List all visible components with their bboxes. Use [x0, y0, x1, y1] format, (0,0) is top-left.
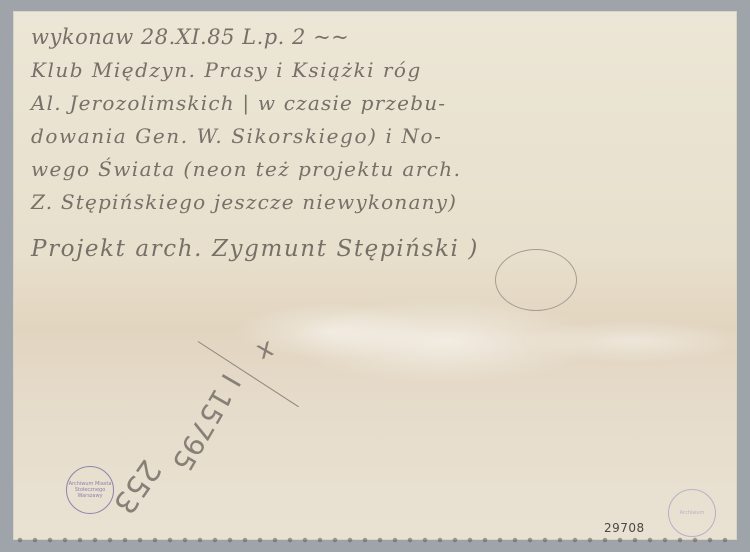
- rotated-number-mark: 253: [106, 453, 168, 520]
- rotated-inventory-number: I 15795: [165, 368, 247, 477]
- pencil-circle-mark: [495, 249, 577, 311]
- archive-stamp-left: Archiwum Miasta Stołecznego Warszawy: [66, 466, 114, 514]
- handwritten-line-6: Z. Stępińskiego jeszcze niewykonany): [31, 190, 457, 214]
- handwritten-line-2: Klub Międzyn. Prasy i Książki róg: [31, 58, 422, 82]
- handwritten-line-7: Projekt arch. Zygmunt Stępiński ): [31, 236, 479, 262]
- photo-verso-paper: wykonaw 28.XI.85 L.p. 2 ~~ Klub Międzyn.…: [13, 11, 737, 540]
- archive-stamp-right: Archiwum: [668, 489, 716, 537]
- handwritten-line-5: wego Świata (neon też projektu arch.: [31, 157, 461, 181]
- archive-stamp-left-text: Archiwum Miasta Stołecznego Warszawy: [67, 481, 113, 499]
- rotated-x-mark: x: [253, 334, 279, 368]
- catalog-number: 29708: [604, 521, 645, 535]
- archive-stamp-right-text: Archiwum: [680, 510, 705, 516]
- handwritten-line-1: wykonaw 28.XI.85 L.p. 2 ~~: [31, 25, 349, 49]
- handwritten-line-4: dowania Gen. W. Sikorskiego) i No-: [31, 124, 443, 148]
- handwritten-line-3: Al. Jerozolimskich | w czasie przebu-: [31, 91, 446, 115]
